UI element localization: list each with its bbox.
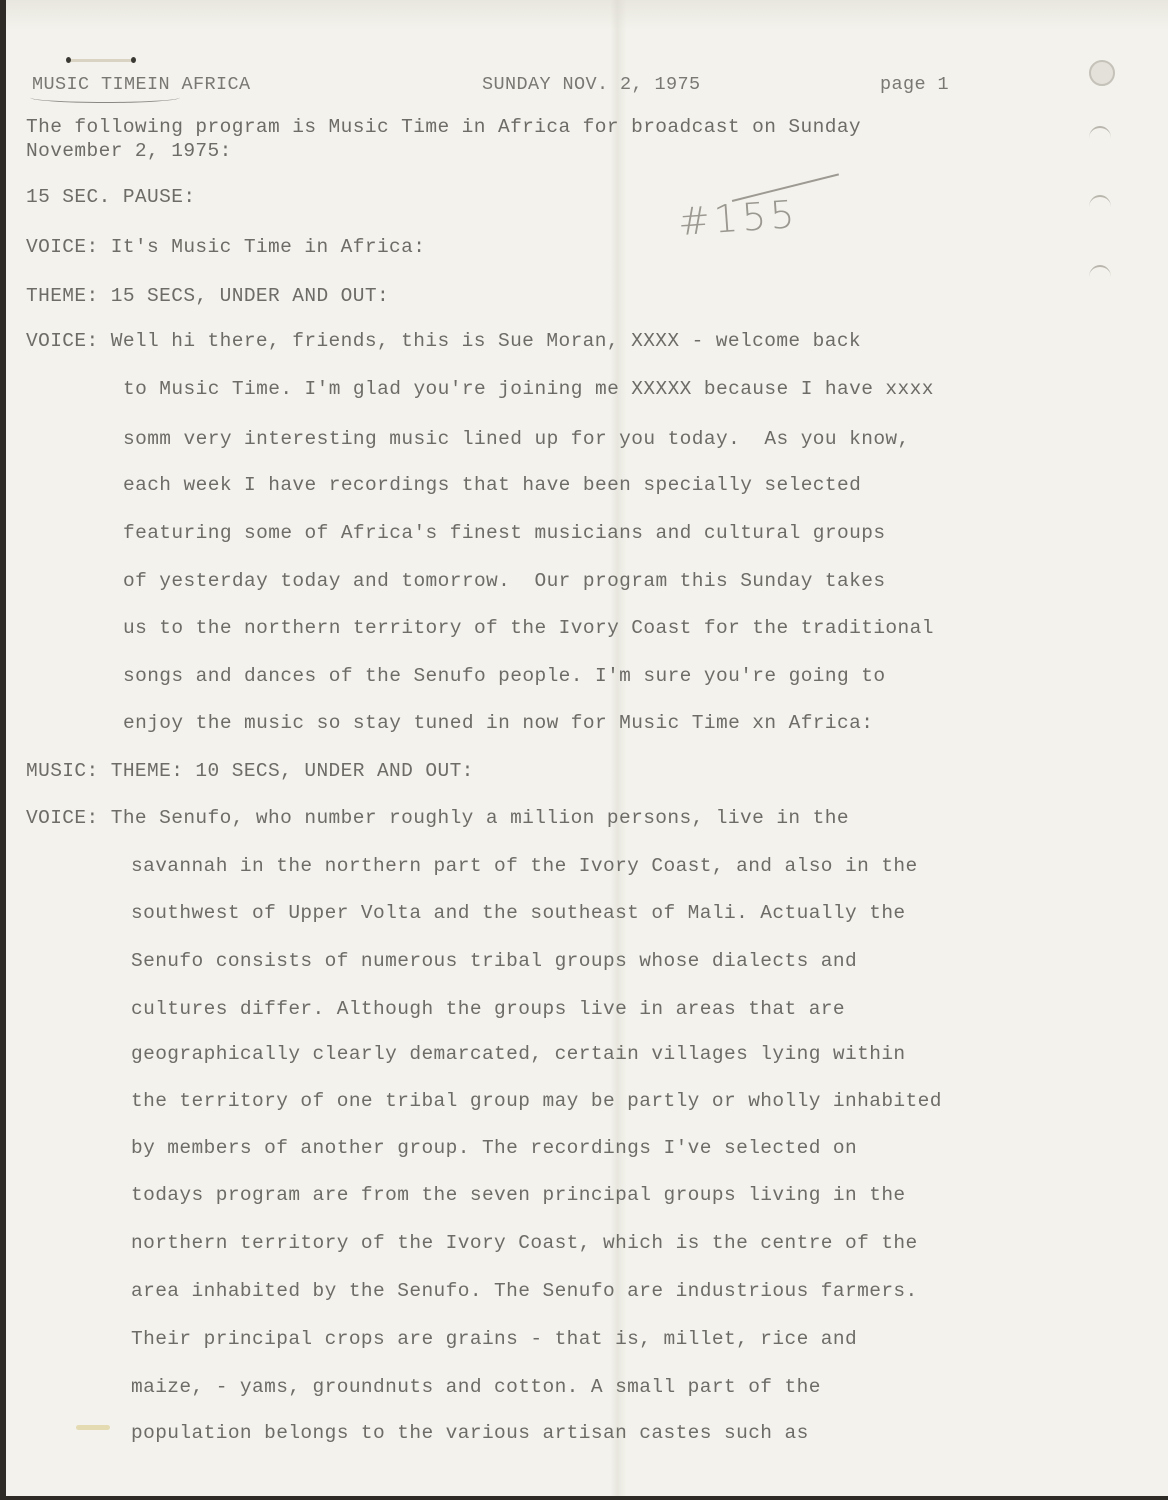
- script-line: cultures differ. Although the groups liv…: [131, 998, 845, 1020]
- staple-mark: [68, 59, 134, 62]
- script-line: VOICE: The Senufo, who number roughly a …: [26, 807, 849, 829]
- script-line: to Music Time. I'm glad you're joining m…: [123, 378, 934, 400]
- script-line: Senufo consists of numerous tribal group…: [131, 950, 857, 972]
- script-line: featuring some of Africa's finest musici…: [123, 522, 885, 544]
- script-line: enjoy the music so stay tuned in now for…: [123, 712, 873, 734]
- script-line: songs and dances of the Senufo people. I…: [123, 665, 885, 687]
- script-line: geographically clearly demarcated, certa…: [131, 1043, 906, 1065]
- script-line: northern territory of the Ivory Coast, w…: [131, 1232, 918, 1254]
- typewritten-script-page: MUSIC TIMEIN AFRICA SUNDAY NOV. 2, 1975 …: [6, 0, 1168, 1496]
- cue-voice: VOICE: It's Music Time in Africa:: [26, 236, 425, 258]
- script-line: somm very interesting music lined up for…: [123, 428, 910, 450]
- header-program-title: MUSIC TIMEIN AFRICA: [32, 74, 251, 95]
- header-page-number: page 1: [880, 74, 949, 95]
- script-line: Their principal crops are grains - that …: [131, 1328, 857, 1350]
- script-line: of yesterday today and tomorrow. Our pro…: [123, 570, 885, 592]
- script-line: each week I have recordings that have be…: [123, 474, 861, 496]
- intro-line: November 2, 1975:: [26, 140, 232, 162]
- script-line: savannah in the northern part of the Ivo…: [131, 855, 918, 877]
- cue-theme: THEME: 15 SECS, UNDER AND OUT:: [26, 285, 389, 307]
- script-line: todays program are from the seven princi…: [131, 1184, 906, 1206]
- script-line: population belongs to the various artisa…: [131, 1422, 809, 1444]
- script-line: area inhabited by the Senufo. The Senufo…: [131, 1280, 918, 1302]
- paper-stain: [76, 1425, 110, 1430]
- script-line: VOICE: Well hi there, friends, this is S…: [26, 330, 861, 352]
- punch-hole-mark: [1089, 265, 1111, 289]
- intro-line: The following program is Music Time in A…: [26, 116, 861, 138]
- cue-music-theme: MUSIC: THEME: 10 SECS, UNDER AND OUT:: [26, 760, 474, 782]
- script-line: the territory of one tribal group may be…: [131, 1090, 942, 1112]
- header-date: SUNDAY NOV. 2, 1975: [482, 74, 701, 95]
- punch-hole-mark: [1089, 60, 1115, 86]
- punch-hole-mark: [1089, 126, 1111, 150]
- script-line: by members of another group. The recordi…: [131, 1137, 857, 1159]
- script-line: maize, - yams, groundnuts and cotton. A …: [131, 1376, 821, 1398]
- punch-hole-mark: [1089, 195, 1111, 219]
- cue-pause: 15 SEC. PAUSE:: [26, 186, 195, 208]
- script-line: southwest of Upper Volta and the southea…: [131, 902, 906, 924]
- script-line: us to the northern territory of the Ivor…: [123, 617, 934, 639]
